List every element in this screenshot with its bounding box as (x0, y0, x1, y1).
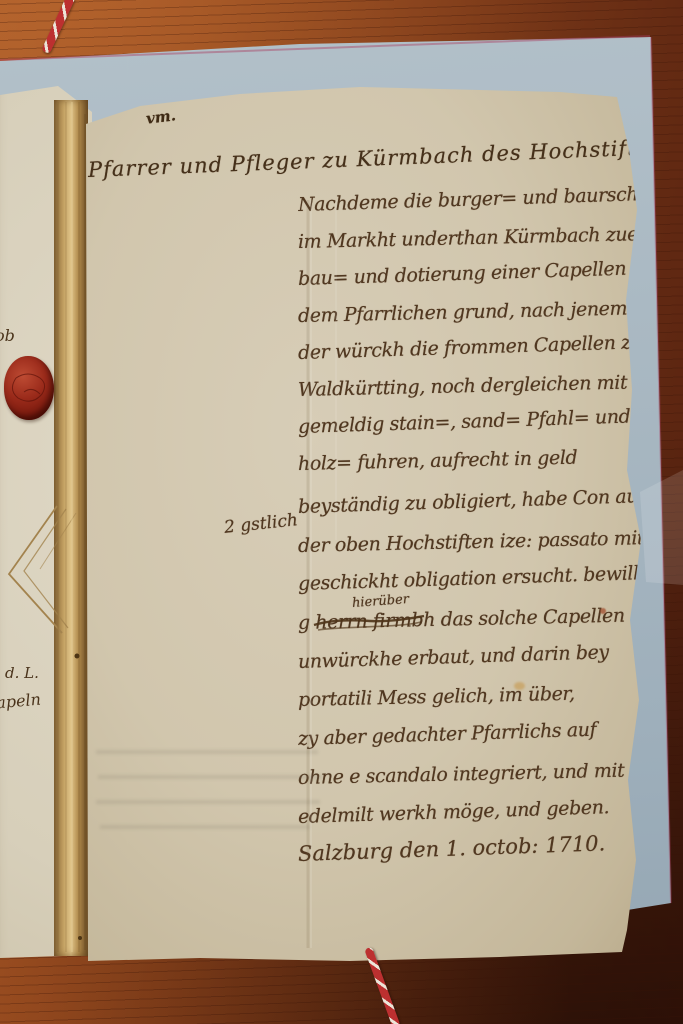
handwriting-line: beyständig zu obligiert, habe Con auf (298, 485, 644, 518)
handwriting-line: im Markht underthan Kürmbach zue H: (298, 223, 643, 253)
handwriting-line: der würckh die frommen Capellen zu (298, 331, 644, 364)
stain-spot (514, 682, 525, 690)
edge-fragment: Capeln (0, 690, 42, 714)
handwriting-line: geschickht obligation ersucht. bewillt (298, 562, 644, 595)
edge-fragment: ob (0, 326, 15, 345)
inserted-word: hierüber (352, 592, 410, 611)
margin-note: 2 gstlich (223, 510, 299, 538)
binding-fold (54, 100, 88, 956)
edge-fragment: d. L. (5, 664, 39, 682)
handwriting-line: holz= fuhren, aufrecht in geld (298, 445, 643, 475)
handwriting-line: portatili Mess gelich, im über, (298, 681, 643, 711)
handwriting-line: dem Pfarrlichen grund, nach jenem (298, 297, 643, 327)
ink-flourish: vm. (145, 106, 177, 127)
handwriting-line: edelmilt werkh möge, und geben. (298, 795, 644, 828)
handwriting-line: ohne e scandalo integriert, und mit (298, 759, 643, 789)
stain-spot (600, 608, 606, 614)
manuscript-page: vm. Pfarrer und Pfleger zu Kürmbach des … (0, 0, 683, 1024)
wax-seal (4, 356, 54, 420)
handwriting-line: unwürckhe erbaut, und darin bey (298, 640, 644, 673)
photo-scene: ob d. L. Capeln vm. Pfarrer und Pfleger … (0, 0, 683, 1024)
handwriting-line: Waldkürtting, noch dergleichen mit (298, 371, 643, 401)
handwriting-line: der oben Hochstiften ize: passato mit (298, 527, 643, 557)
handwriting-line: bau= und dotierung einer Capellen auf (298, 257, 644, 290)
handwriting-line: Nachdeme die burger= und baurschafft (298, 183, 644, 216)
date-line: Salzburg den 1. octob: 1710. (298, 831, 606, 866)
heading-line: Pfarrer und Pfleger zu Kürmbach des Hoch… (88, 136, 649, 182)
handwriting-line: gemeldig stain=, sand= Pfahl= und (298, 405, 644, 438)
handwriting-line: g herrn firmbh das solche Capellen (298, 604, 643, 634)
handwriting-line: zy aber gedachter Pfarrlichs auf (298, 717, 644, 750)
